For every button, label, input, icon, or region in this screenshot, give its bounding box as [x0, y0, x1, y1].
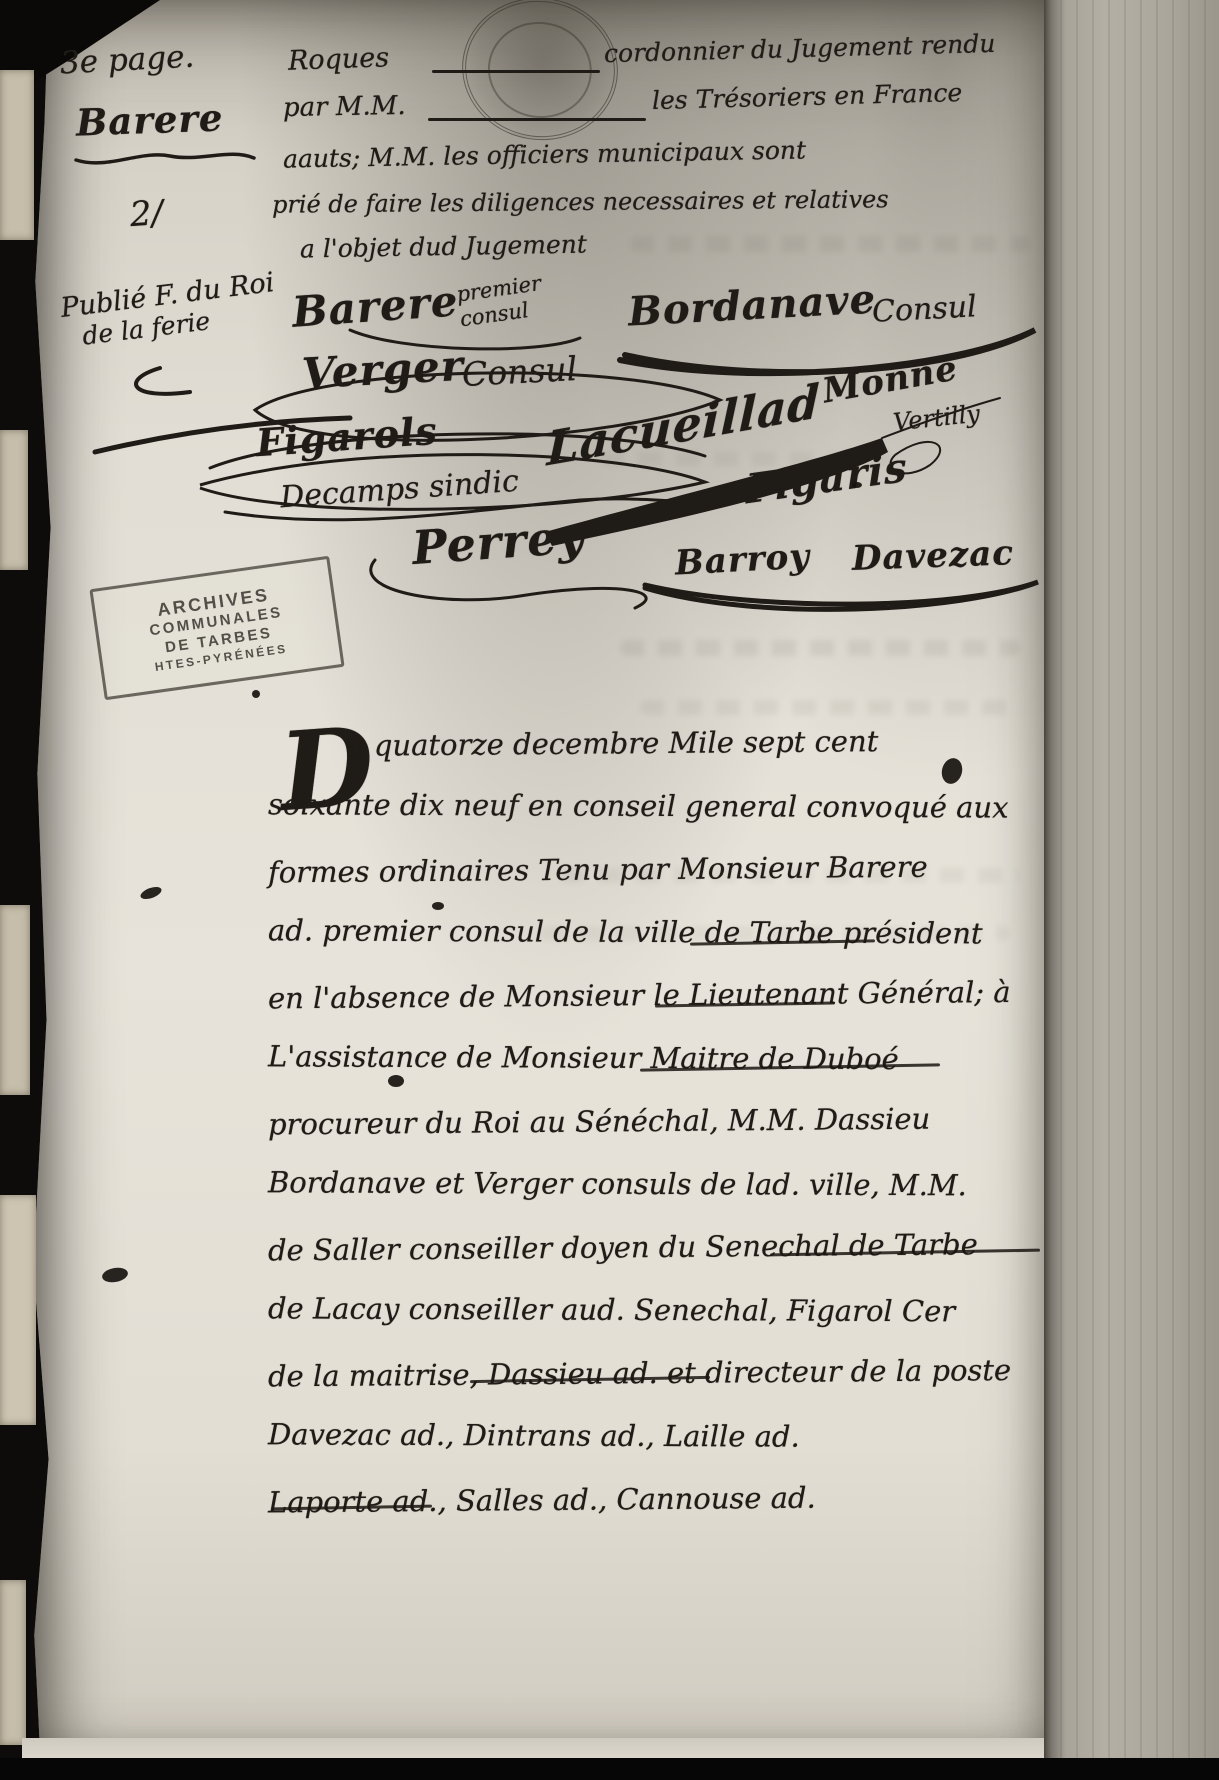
body-line: u quatorze decembre Mile sept cent: [268, 709, 1054, 779]
torn-paper-fragment: [0, 70, 34, 240]
body-line: Davezac ad., Dintrans ad., Laille ad.: [268, 1403, 1053, 1469]
ink-blot: [432, 902, 444, 910]
body-line: Laporte ad., Salles ad., Cannouse ad.: [268, 1465, 1054, 1535]
torn-paper-fragment: [0, 1580, 26, 1745]
body-line: formes ordinaires Tenu par Monsieur Bare…: [268, 835, 1054, 905]
header-row5: a l'objet dud Jugement: [300, 229, 587, 263]
signature-decamps-title: sindic: [428, 464, 520, 505]
body-line: procureur du Roi au Sénéchal, M.M. Dassi…: [268, 1087, 1054, 1157]
scan-bottom-border: [0, 1758, 1219, 1780]
ink-blot: [388, 1075, 404, 1087]
ink-blot: [852, 482, 862, 488]
torn-paper-fragment: [0, 905, 30, 1095]
margin-page-note: 3e page.: [59, 39, 195, 82]
signature-verger-title: Consul: [461, 349, 578, 394]
body-line: L'assistance de Monsieur Maitre de Duboé: [268, 1025, 1053, 1091]
signature-barroy: Barroy: [674, 536, 811, 583]
body-line: ad. premier consul de la ville de Tarbe …: [268, 899, 1053, 965]
header-row1-left: Roques: [287, 42, 389, 77]
header-row2-left: par M.M.: [283, 91, 406, 123]
signature-verger: Verger: [301, 341, 465, 398]
fill-dash: [432, 70, 600, 73]
fill-dash: [428, 118, 646, 121]
body-line: Bordanave et Verger consuls de lad. vill…: [268, 1151, 1053, 1217]
body-line: de Lacay conseiller aud. Senechal, Figar…: [268, 1277, 1053, 1343]
body-line: de la maitrise, Dassieu ad. et directeur…: [268, 1339, 1054, 1409]
page-bottom-edge: [22, 1738, 1044, 1760]
ink-blot: [252, 690, 260, 698]
margin-name-note: Barere: [75, 95, 224, 144]
body-paragraph: u quatorze decembre Mile sept cent soixa…: [268, 712, 1053, 1531]
scanned-manuscript-page: 3e page. Barere 2/ Publié F. du Roi de l…: [0, 0, 1219, 1780]
page-stack-edge: [1044, 0, 1219, 1780]
torn-paper-fragment: [0, 1195, 36, 1425]
header-row4: prié de faire les diligences necessaires…: [272, 185, 889, 218]
body-line: en l'absence de Monsieur le Lieutenant G…: [268, 961, 1054, 1031]
body-line: de Saller conseiller doyen du Senechal d…: [268, 1213, 1054, 1283]
signature-davezac: Davezac: [851, 533, 1014, 579]
torn-paper-fragment: [0, 430, 28, 570]
ink-bleedthrough: [620, 640, 1020, 656]
body-line: soixante dix neuf en conseil general con…: [268, 773, 1053, 839]
ink-bleedthrough: [630, 236, 1030, 252]
signature-bordanave-title: Consul: [871, 289, 977, 329]
margin-item-number: 2/: [129, 193, 165, 235]
